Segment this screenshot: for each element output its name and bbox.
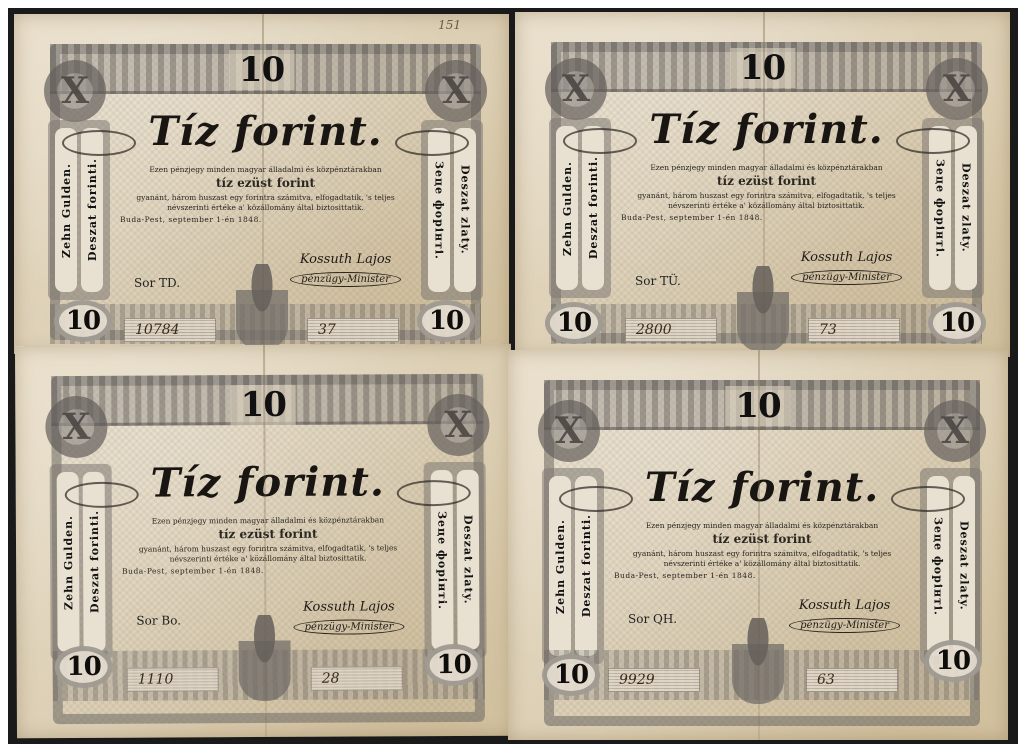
- pillar-text-serbian: Deszat zlaty.: [459, 165, 472, 255]
- serial-number-left: 2800: [625, 318, 717, 342]
- text-line-3: gyanánt, három huszast egy forintra szám…: [608, 549, 916, 558]
- top-denomination: 10: [725, 386, 790, 426]
- pillar-text-german: Zehn Gulden.: [60, 163, 73, 258]
- text-line-4: névszerinti értéke a' közállomány által …: [608, 559, 916, 568]
- series-label: Sor TÜ.: [635, 274, 681, 288]
- text-line-3: gyanánt, három huszast egy forintra szám…: [114, 193, 417, 202]
- serial-number-right: 37: [307, 318, 399, 342]
- roman-numeral-x-medallion: X: [545, 58, 607, 120]
- corner-denomination-right: 10: [417, 300, 475, 342]
- issue-date: Buda-Pest, september 1-én 1848.: [608, 571, 916, 580]
- hungarian-coat-of-arms: [732, 618, 784, 704]
- pillar-text-ruthenian: Зеце форінті.: [932, 517, 945, 616]
- serial-number-left: 1110: [127, 667, 219, 691]
- banknote-bottom-left: X X 10 Zehn Gulden. Deszat forinti. Зеце…: [15, 344, 513, 739]
- issue-date: Buda-Pest, september 1-én 1848.: [116, 565, 420, 576]
- roman-numeral-x-medallion: X: [538, 400, 600, 462]
- pillar-text-german: Zehn Gulden.: [61, 515, 74, 610]
- signature-name: Kossuth Lajos: [789, 598, 900, 613]
- pillar-text-ruthenian: Зеце форінті.: [435, 511, 449, 610]
- corner-denomination-left: 10: [54, 300, 112, 342]
- serial-number-right: 63: [806, 668, 898, 692]
- text-line-4: névszerinti értéke a' közállomány által …: [116, 553, 420, 564]
- roman-numeral-x-medallion: X: [45, 396, 107, 458]
- issue-date: Buda-Pest, september 1-én 1848.: [615, 213, 918, 222]
- pencil-mark: 151: [438, 18, 461, 32]
- pillar-text-german: Zehn Gulden.: [561, 161, 574, 256]
- corner-denomination-right: 10: [425, 644, 483, 686]
- top-denomination: 10: [229, 50, 294, 90]
- signature: Kossuth Lajos pénzügy-Minister: [791, 250, 902, 285]
- text-line-3: gyanánt, három huszast egy forintra szám…: [615, 191, 918, 200]
- signature-name: Kossuth Lajos: [293, 599, 404, 615]
- roman-numeral-x-medallion: X: [924, 400, 986, 462]
- serial-number-right: 28: [311, 666, 403, 690]
- corner-denomination-right: 10: [924, 640, 982, 682]
- signature: Kossuth Lajos pénzügy-Minister: [293, 599, 404, 635]
- issue-date: Buda-Pest, september 1-én 1848.: [114, 215, 417, 224]
- hungarian-coat-of-arms: [737, 266, 789, 352]
- text-line-3: gyanánt, három huszast egy forintra szám…: [116, 543, 420, 554]
- top-denomination: 10: [231, 385, 297, 425]
- signature-name: Kossuth Lajos: [290, 252, 401, 267]
- pillar-text-serbian: Deszat zlaty.: [461, 515, 474, 605]
- series-label: Sor QH.: [628, 612, 677, 626]
- note-title: Tíz forint.: [649, 106, 883, 153]
- banknote-top-right: X X 10 Zehn Gulden. Deszat forinti. Зеце…: [515, 12, 1010, 357]
- signature-name: Kossuth Lajos: [791, 250, 902, 265]
- pillar-text-ruthenian: Зеце форінті.: [934, 159, 947, 258]
- pillar-text-slovak: Deszat forinti.: [86, 158, 99, 261]
- text-line-1: Ezen pénzjegy minden magyar álladalmi és…: [608, 521, 916, 530]
- note-title: Tíz forint.: [150, 458, 384, 506]
- pillar-text-slovak: Deszat forinti.: [87, 510, 101, 613]
- text-line-2: tíz ezüst forint: [608, 532, 916, 546]
- banknote-bottom-right: X X 10 Zehn Gulden. Deszat forinti. Зеце…: [508, 350, 1008, 740]
- series-label: Sor TD.: [134, 276, 180, 290]
- signature-role: pénzügy-Minister: [294, 619, 405, 635]
- signature: Kossuth Lajos pénzügy-Minister: [290, 252, 401, 287]
- signature-role: pénzügy-Minister: [290, 272, 401, 287]
- pillar-text-slovak: Deszat forinti.: [580, 514, 593, 617]
- corner-denomination-left: 10: [545, 302, 603, 344]
- series-label: Sor Bo.: [136, 613, 181, 627]
- signature: Kossuth Lajos pénzügy-Minister: [789, 598, 900, 633]
- hungarian-coat-of-arms: [238, 615, 290, 701]
- text-line-2: tíz ezüst forint: [114, 176, 417, 190]
- pillar-text-german: Zehn Gulden.: [554, 519, 567, 614]
- text-line-2: tíz ezüst forint: [615, 174, 918, 188]
- serial-number-left: 10784: [124, 318, 216, 342]
- corner-denomination-right: 10: [928, 302, 986, 344]
- pillar-text-slovak: Deszat forinti.: [587, 156, 600, 259]
- text-line-4: névszerinti értéke a' közállomány által …: [615, 201, 918, 210]
- signature-role: pénzügy-Minister: [789, 618, 900, 633]
- pillar-text-serbian: Deszat zlaty.: [960, 163, 973, 253]
- roman-numeral-x-medallion: X: [425, 60, 487, 122]
- pillar-text-serbian: Deszat zlaty.: [958, 521, 971, 611]
- text-line-2: tíz ezüst forint: [116, 526, 420, 542]
- serial-number-left: 9929: [608, 668, 700, 692]
- corner-denomination-left: 10: [55, 646, 113, 688]
- corner-denomination-left: 10: [542, 654, 600, 696]
- note-title: Tíz forint.: [645, 464, 879, 511]
- hungarian-coat-of-arms: [236, 264, 288, 350]
- signature-role: pénzügy-Minister: [791, 270, 902, 285]
- text-line-1: Ezen pénzjegy minden magyar álladalmi és…: [114, 165, 417, 174]
- text-line-1: Ezen pénzjegy minden magyar álladalmi és…: [615, 163, 918, 172]
- text-line-4: névszerinti értéke a' közállomány által …: [114, 203, 417, 212]
- roman-numeral-x-medallion: X: [926, 58, 988, 120]
- roman-numeral-x-medallion: X: [44, 60, 106, 122]
- text-line-1: Ezen pénzjegy minden magyar álladalmi és…: [116, 515, 420, 526]
- note-title: Tíz forint.: [148, 108, 382, 155]
- roman-numeral-x-medallion: X: [427, 394, 489, 456]
- banknote-top-left: X X 10 151 Zehn Gulden. Deszat forinti. …: [14, 14, 509, 354]
- pillar-text-ruthenian: Зеце форінті.: [433, 161, 446, 260]
- serial-number-right: 73: [808, 318, 900, 342]
- top-denomination: 10: [730, 48, 795, 88]
